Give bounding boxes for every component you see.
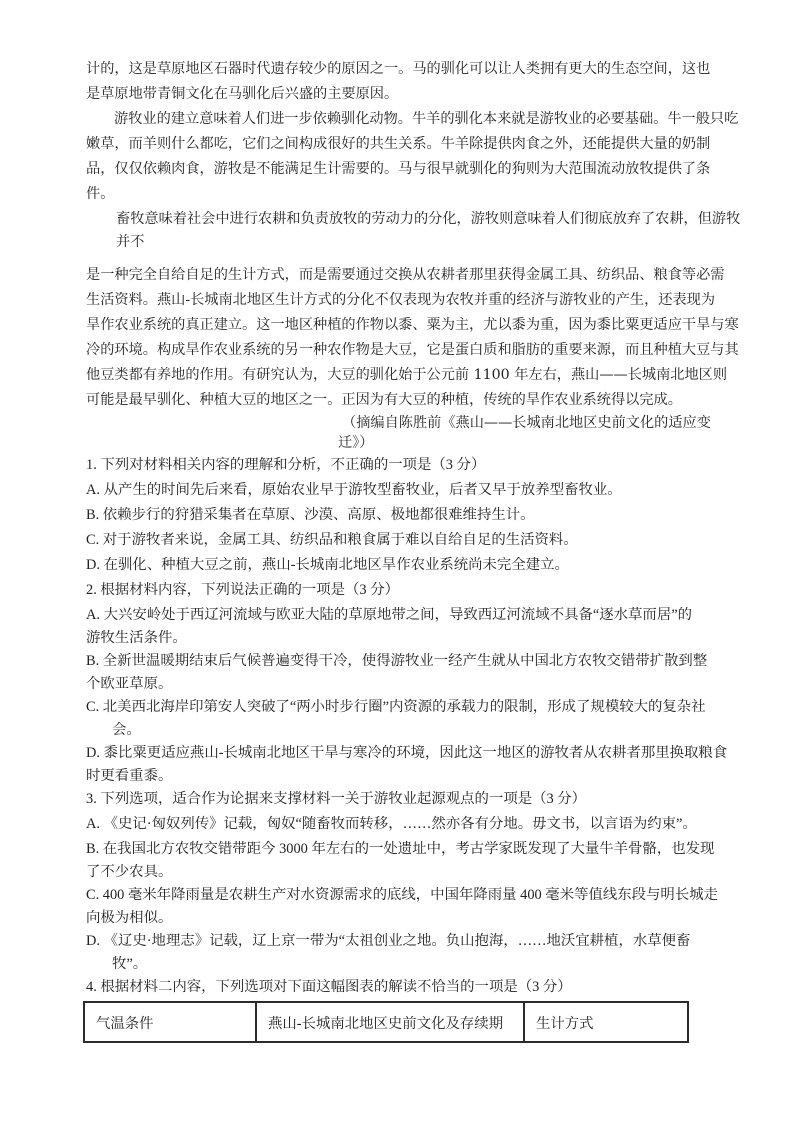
table-header-cell-livelihood: 生计方式 — [524, 1002, 688, 1042]
passage-line: 并不 — [116, 232, 726, 253]
option-line: C. 北美西北海岸印第安人突破了“两小时步行圈”内资源的承载力的限制，形成了规模… — [86, 695, 726, 720]
passage-line: 他豆类都有养地的作用。有研究认为，大豆的驯化始于公元前 1100 年左右，燕山—… — [86, 363, 726, 388]
option-line-continuation: 游牧生活条件。 — [86, 628, 726, 649]
passage-line: 件。 — [86, 182, 726, 207]
question-stem: 3. 下列选项，适合作为论据来支撑材料一关于游牧业起源观点的一项是（3 分） — [86, 787, 726, 812]
passage-line: 畜牧意味着社会中进行农耕和负责放牧的劳动力的分化，游牧则意味着人们彻底放弃了农耕… — [116, 207, 726, 232]
passage-line: 计的，这是草原地区石器时代遗存较少的原因之一。马的驯化可以让人类拥有更大的生态空… — [86, 57, 726, 82]
option-line: D. 在驯化、种植大豆之前，燕山-长城南北地区旱作农业系统尚未完全建立。 — [86, 553, 726, 578]
passage-line: 嫩草，而羊则什么都吃，它们之间构成很好的共生关系。牛羊除提供肉食之外，还能提供大… — [86, 132, 726, 157]
option-line: A. 从产生的时间先后来看，原始农业早于游牧型畜牧业，后者又早于放养型畜牧业。 — [86, 478, 726, 503]
question-block-1: 1. 下列对材料相关内容的理解和分析，不正确的一项是（3 分）A. 从产生的时间… — [86, 453, 726, 578]
passage-attribution-line: （摘编自陈胜前《燕山——长城南北地区史前文化的适应变 — [86, 413, 726, 433]
option-line-continuation: 会。 — [86, 720, 726, 741]
reading-passage: 计的，这是草原地区石器时代遗存较少的原因之一。马的驯化可以让人类拥有更大的生态空… — [86, 57, 726, 453]
question-block-2: 2. 根据材料内容，下列说法正确的一项是（3 分）A. 大兴安岭处于西辽河流域与… — [86, 578, 726, 787]
climate-culture-table: 气温条件 燕山-长城南北地区史前文化及存续期 生计方式 — [83, 1001, 689, 1043]
question-stem: 2. 根据材料内容，下列说法正确的一项是（3 分） — [86, 578, 726, 603]
question-block-3: 3. 下列选项，适合作为论据来支撑材料一关于游牧业起源观点的一项是（3 分）A.… — [86, 787, 726, 975]
option-line-continuation: 个欧亚草原。 — [86, 674, 726, 695]
passage-line: 冷的环境。构成旱作农业系统的另一种农作物是大豆，它是蛋白质和脂肪的重要来源，而且… — [86, 338, 726, 363]
passage-line: 旱作农业系统的真正建立。这一地区种植的作物以黍、粟为主，尤以黍为重，因为黍比粟更… — [86, 313, 726, 338]
option-line: D. 《辽史·地理志》记载，辽上京一带为“太祖创业之地。负山抱海，……地沃宜耕植… — [86, 929, 726, 954]
option-line: A. 《史记·匈奴列传》记载，匈奴“随畜牧而转移，……然亦各有分地。毋文书，以言… — [86, 812, 726, 837]
option-line-continuation: 牧”。 — [86, 954, 726, 975]
option-line: B. 依赖步行的狩猎采集者在草原、沙漠、高原、极地都很难维持生计。 — [86, 503, 726, 528]
table-header-row: 气温条件 燕山-长城南北地区史前文化及存续期 生计方式 — [84, 1002, 688, 1042]
option-line: D. 黍比粟更适应燕山-长城南北地区干旱与寒冷的环境，因此这一地区的游牧者从农耕… — [86, 741, 726, 766]
question-block-4: 4. 根据材料二内容，下列选项对下面这幅图表的解读不恰当的一项是（3 分） — [86, 975, 726, 1000]
option-line-continuation: 时更看重黍。 — [86, 766, 726, 787]
passage-line: 品，仅仅依赖肉食，游牧是不能满足生计需要的。马与很早就驯化的狗则为大范围流动放牧… — [86, 157, 726, 182]
option-line: B. 在我国北方农牧交错带距今 3000 年左右的一处遗址中，考古学家既发现了大… — [86, 837, 726, 862]
table-header-cell-temperature: 气温条件 — [84, 1002, 256, 1042]
passage-line: 可能是最早驯化、种植大豆的地区之一。正因为有大豆的种植，传统的旱作农业系统得以完… — [86, 388, 726, 413]
option-line: B. 全新世温暖期结束后气候普遍变得干冷，使得游牧业一经产生就从中国北方农牧交错… — [86, 649, 726, 674]
passage-line: 是草原地带青铜文化在马驯化后兴盛的主要原因。 — [86, 82, 726, 107]
question-stem: 4. 根据材料二内容，下列选项对下面这幅图表的解读不恰当的一项是（3 分） — [86, 975, 726, 1000]
passage-line: 游牧业的建立意味着人们进一步依赖驯化动物。牛羊的驯化本来就是游牧业的必要基础。牛… — [86, 107, 726, 132]
passage-attribution-line: 迁》） — [86, 433, 726, 453]
questions-section: 1. 下列对材料相关内容的理解和分析，不正确的一项是（3 分）A. 从产生的时间… — [86, 453, 726, 1000]
question-stem: 1. 下列对材料相关内容的理解和分析，不正确的一项是（3 分） — [86, 453, 726, 478]
option-line-continuation: 了不少农具。 — [86, 862, 726, 883]
table-header-cell-culture-period: 燕山-长城南北地区史前文化及存续期 — [256, 1002, 524, 1042]
passage-line: 生活资料。燕山-长城南北地区生计方式的分化不仅表现为农牧并重的经济与游牧业的产生… — [86, 288, 726, 313]
option-line: A. 大兴安岭处于西辽河流域与欧亚大陆的草原地带之间，导致西辽河流域不具备“逐水… — [86, 603, 726, 628]
page-content: 计的，这是草原地区石器时代遗存较少的原因之一。马的驯化可以让人类拥有更大的生态空… — [0, 0, 726, 1043]
exam-page: 计的，这是草原地区石器时代遗存较少的原因之一。马的驯化可以让人类拥有更大的生态空… — [0, 0, 794, 1124]
passage-line: 是一种完全自给自足的生计方式，而是需要通过交换从农耕者那里获得金属工具、纺织品、… — [86, 263, 726, 288]
option-line: C. 400 毫米年降雨量是农耕生产对水资源需求的底线，中国年降雨量 400 毫… — [86, 883, 726, 908]
option-line: C. 对于游牧者来说，金属工具、纺织品和粮食属于难以自给自足的生活资料。 — [86, 528, 726, 553]
option-line-continuation: 向极为相似。 — [86, 908, 726, 929]
